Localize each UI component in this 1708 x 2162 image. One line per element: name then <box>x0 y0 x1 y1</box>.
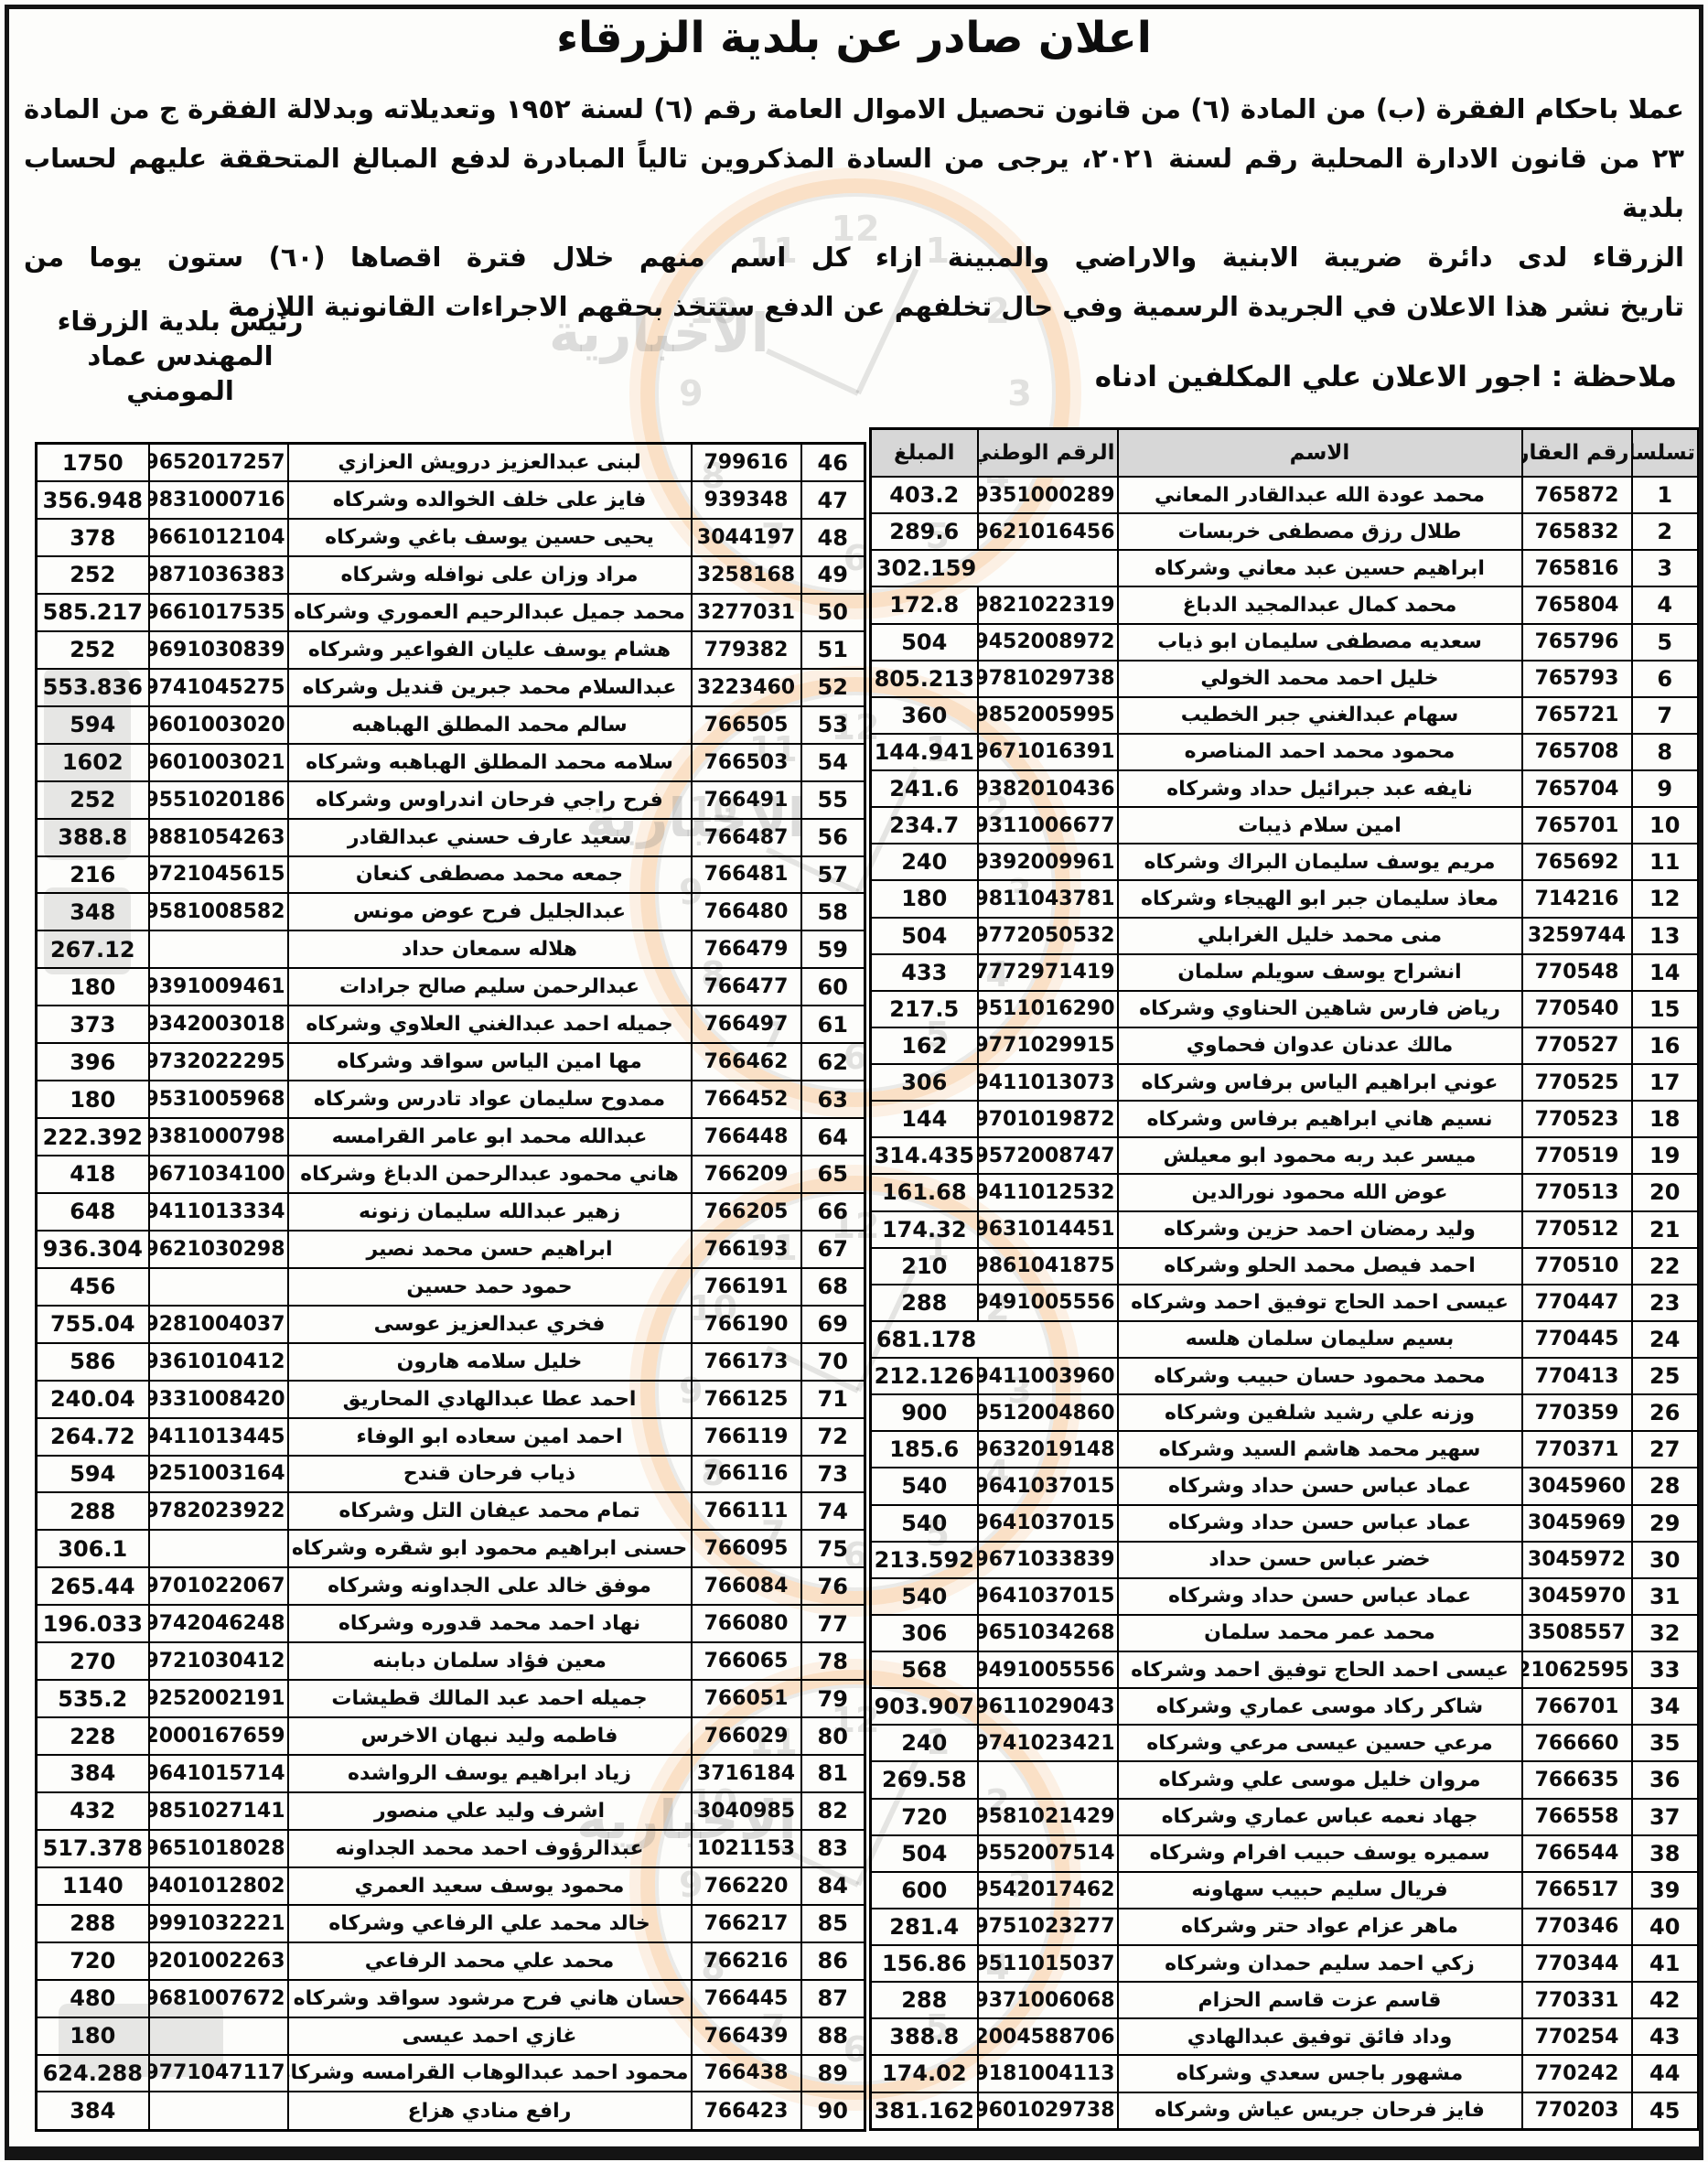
cell-name: مروان خليل موسى علي وشركاه <box>1118 1761 1522 1798</box>
cell-national: 9551020186 <box>149 781 288 819</box>
cell-property: 766701 <box>1522 1688 1632 1725</box>
cell-property: 766491 <box>692 781 801 819</box>
cell-national: 9361010412 <box>149 1343 288 1381</box>
cell-property: 766217 <box>692 1905 801 1942</box>
table-row: 2765832طلال رزق مصطفى خربسات962101645628… <box>871 513 1699 550</box>
cell-serial: 84 <box>801 1867 865 1905</box>
cell-national: 9201002263 <box>149 1942 288 1980</box>
cell-name: خليل احمد محمد الخولي <box>1118 661 1522 697</box>
cell-name: هاني محمود عبدالرحمن الدباغ وشركاه <box>288 1156 692 1193</box>
cell-name: عيسى احمد الحاج توفيق احمد وشركاه <box>1118 1285 1522 1321</box>
table-row: 16770527مالك عدنان عدوان فحماوي977102991… <box>871 1027 1699 1064</box>
cell-property: 765816 <box>1522 550 1632 586</box>
cell-name: هشام يوسف عليان الفواعير وشركاه <box>288 631 692 669</box>
cell-serial: 26 <box>1632 1394 1699 1431</box>
cell-national: 9411003960 <box>978 1358 1118 1394</box>
cell-national: 9491005556 <box>978 1651 1118 1688</box>
cell-national: 2004588706 <box>978 2018 1118 2055</box>
cell-serial: 67 <box>801 1231 865 1268</box>
signature-block: رئيس بلدية الزرقاء المهندس عماد المومني <box>38 304 322 408</box>
cell-national: 9491005556 <box>978 1285 1118 1321</box>
table-row: 78766065معين فؤاد سلمان دبابنه9721030412… <box>37 1642 865 1680</box>
cell-serial: 75 <box>801 1530 865 1567</box>
table-row: 47939348فايز على خلف الخوالده وشركاه9831… <box>37 481 865 519</box>
cell-serial: 19 <box>1632 1137 1699 1174</box>
cell-serial: 46 <box>801 444 865 482</box>
cell-name: محمد كمال عبدالمجيد الدباغ <box>1118 586 1522 623</box>
table-row: 43770254وداد فائق توفيق عبدالهادي2004588… <box>871 2018 1699 2055</box>
cell-property: 766193 <box>692 1231 801 1268</box>
cell-amount: 388.8 <box>37 819 149 856</box>
cell-serial: 86 <box>801 1942 865 1980</box>
cell-name: ابراهيم حسن محمد نصير <box>288 1231 692 1268</box>
table-row: 293045969عماد عباس حسن حداد وشركاه964103… <box>871 1505 1699 1542</box>
cell-serial: 88 <box>801 2017 865 2055</box>
cell-amount: 196.033 <box>37 1605 149 1642</box>
cell-name: محمود محمد احمد المناصره <box>1118 734 1522 770</box>
cell-name: غازي احمد عيسى <box>288 2017 692 2055</box>
cell-property: 770371 <box>1522 1431 1632 1468</box>
cell-property: 766544 <box>1522 1835 1632 1872</box>
cell-national: 9542017462 <box>978 1872 1118 1909</box>
cell-property: 3223460 <box>692 669 801 706</box>
cell-amount: 356.948 <box>37 481 149 519</box>
cell-national <box>149 1530 288 1567</box>
cell-serial: 72 <box>801 1418 865 1456</box>
cell-national: 9511016290 <box>978 991 1118 1027</box>
table-row: 8765708محمود محمد احمد المناصره967101639… <box>871 734 1699 770</box>
cell-amount: 1602 <box>37 744 149 781</box>
cell-name: هلاله سمعان حداد <box>288 930 692 968</box>
cell-serial: 18 <box>1632 1101 1699 1137</box>
cell-name: مراد وزان على نوافله وشركاه <box>288 556 692 594</box>
cell-name: وداد فائق توفيق عبدالهادي <box>1118 2018 1522 2055</box>
cell-property: 766480 <box>692 893 801 930</box>
cell-national: 9641037015 <box>978 1505 1118 1542</box>
cell-amount: 936.304 <box>37 1231 149 1268</box>
table-row: 35766660مرعي حسين عيسى مرعي وشركاه974102… <box>871 1725 1699 1761</box>
table-row: 60766477عبدالرحمن سليم صالح جرادات939100… <box>37 968 865 1006</box>
cell-serial: 83 <box>801 1830 865 1867</box>
cell-name: مشهور باجس سعدي وشركاه <box>1118 2055 1522 2092</box>
cell-name: يحيى حسين يوسف باغي وشركاه <box>288 519 692 556</box>
cell-serial: 32 <box>1632 1615 1699 1651</box>
cell-property: 765704 <box>1522 770 1632 807</box>
cell-national: 9381000798 <box>149 1118 288 1156</box>
table-row: 57766481جمعه محمد مصطفى كنعان97210456152… <box>37 856 865 894</box>
cell-property: 3045972 <box>1522 1542 1632 1578</box>
cell-property: 765708 <box>1522 734 1632 770</box>
cell-serial: 2 <box>1632 513 1699 550</box>
table-row: 46799616لبنى عبدالعزيز درويش العزازي9652… <box>37 444 865 482</box>
cell-name: سعيد عارف حسني عبدالقادر <box>288 819 692 856</box>
cell-serial: 35 <box>1632 1725 1699 1761</box>
cell-serial: 60 <box>801 968 865 1006</box>
table-row: 84766220محمود يوسف سعيد العمري9401012802… <box>37 1867 865 1905</box>
table-row: 283045960عماد عباس حسن حداد وشركاه964103… <box>871 1468 1699 1504</box>
cell-serial: 31 <box>1632 1578 1699 1615</box>
cell-name: زهير عبدالله سليمان زنونه <box>288 1193 692 1231</box>
signature-title: رئيس بلدية الزرقاء <box>38 304 322 339</box>
cell-property: 770413 <box>1522 1358 1632 1394</box>
cell-name: نسيم هاني ابراهيم برفاس وشركاه <box>1118 1101 1522 1137</box>
cell-serial: 21 <box>1632 1211 1699 1248</box>
cell-property: 770447 <box>1522 1285 1632 1321</box>
table-row: 76766084موفق خالد على الجداونه وشركاه970… <box>37 1567 865 1605</box>
cell-property: 765872 <box>1522 477 1632 513</box>
cell-property: 3045969 <box>1522 1505 1632 1542</box>
table-row: 12714216معاذ سليمان جبر ابو الهيجاء وشرك… <box>871 880 1699 917</box>
cell-amount: 212.126 <box>871 1358 978 1394</box>
table-row: 40770346ماهر عزام عواد حتر وشركاه9751023… <box>871 1909 1699 1945</box>
cell-amount: 540 <box>871 1468 978 1504</box>
cell-serial: 10 <box>1632 807 1699 844</box>
table-row: 831021153عبدالرؤوف احمد محمد الجداونه965… <box>37 1830 865 1867</box>
cell-serial: 54 <box>801 744 865 781</box>
cell-property: 766635 <box>1522 1761 1632 1798</box>
cell-name: عماد عباس حسن حداد وشركاه <box>1118 1578 1522 1615</box>
cell-national: 9651034268 <box>978 1615 1118 1651</box>
cell-national: 9641037015 <box>978 1468 1118 1504</box>
cell-name: موفق خالد على الجداونه وشركاه <box>288 1567 692 1605</box>
cell-serial: 16 <box>1632 1027 1699 1064</box>
cell-name: فايز على خلف الخوالده وشركاه <box>288 481 692 519</box>
cell-name: محمد جميل عبدالرحيم العموري وشركاه <box>288 594 692 631</box>
table-row: 75766095حسنى ابراهيم محمود ابو شقره وشرك… <box>37 1530 865 1567</box>
cell-serial: 5 <box>1632 624 1699 661</box>
cell-name: لبنى عبدالعزيز درويش العزازي <box>288 444 692 482</box>
cell-name: زياد ابراهيم يوسف الرواشده <box>288 1755 692 1792</box>
cell-national: 9671033839 <box>978 1542 1118 1578</box>
cell-name: احمد عطا عبدالهادي المحاريق <box>288 1381 692 1418</box>
cell-serial: 7 <box>1632 697 1699 734</box>
cell-name: عوني ابراهيم الياس برفاس وشركاه <box>1118 1064 1522 1101</box>
cell-name: عماد عباس حسن حداد وشركاه <box>1118 1468 1522 1504</box>
cell-national <box>149 2092 288 2130</box>
table-row: 10765701امين سلام ذيبات9311006677234.7 <box>871 807 1699 844</box>
cell-name: بسيم سليمان سلمان هلسه <box>1118 1321 1522 1358</box>
cell-amount: 432 <box>37 1792 149 1830</box>
cell-name: عماد عباس حسن حداد وشركاه <box>1118 1505 1522 1542</box>
cell-name: فايز فرحان جريس عياش وشركاه <box>1118 2092 1522 2130</box>
cell-property: 766505 <box>692 706 801 744</box>
cell-national: 9181004113 <box>978 2055 1118 2092</box>
cell-property: 770203 <box>1522 2092 1632 2130</box>
table-row: 74766111تمام محمد عيفان التل وشركاه97820… <box>37 1492 865 1530</box>
cell-amount: 384 <box>37 1755 149 1792</box>
cell-name: سعديه مصطفى سليمان ابو ذياب <box>1118 624 1522 661</box>
cell-name: محمد عودة الله عبدالقادر المعاني <box>1118 477 1522 513</box>
cell-name: قاسم عزت قاسم الحزام <box>1118 1982 1522 2018</box>
cell-serial: 73 <box>801 1456 865 1493</box>
cell-name: عوض الله محمود نورالدين <box>1118 1174 1522 1210</box>
cell-name: جهاد نعمه عباس عماري وشركاه <box>1118 1799 1522 1835</box>
cell-national: 9392009961 <box>978 844 1118 880</box>
cell-name: امين سلام ذيبات <box>1118 807 1522 844</box>
cell-name: محمد عمر محمد سلمان <box>1118 1615 1522 1651</box>
table-row: 42770331قاسم عزت قاسم الحزام937100606828… <box>871 1982 1699 2018</box>
table-row: 813716184زياد ابراهيم يوسف الرواشده96410… <box>37 1755 865 1792</box>
cell-national: 9452008972 <box>978 624 1118 661</box>
table-row: 36766635مروان خليل موسى علي وشركاه269.58 <box>871 1761 1699 1798</box>
table-row: 71766125احمد عطا عبدالهادي المحاريق93310… <box>37 1381 865 1418</box>
cell-property: 766452 <box>692 1081 801 1118</box>
header-row: تسلسل رقم العقار الاسم الرقم الوطني المب… <box>871 429 1699 478</box>
cell-serial: 23 <box>1632 1285 1699 1321</box>
cell-national: 9671034100 <box>149 1156 288 1193</box>
cell-name: محمود يوسف سعيد العمري <box>288 1867 692 1905</box>
cell-serial: 24 <box>1632 1321 1699 1358</box>
cell-name: زكي احمد سليم حمدان وشركاه <box>1118 1945 1522 1982</box>
table-row: 70766173خليل سلامه هارون9361010412586 <box>37 1343 865 1381</box>
cell-name: وليد رمضان احمد حزين وشركاه <box>1118 1211 1522 1248</box>
table-row: 44770242مشهور باجس سعدي وشركاه9181004113… <box>871 2055 1699 2092</box>
cell-national: 2000167659 <box>149 1717 288 1755</box>
cell-name: فاطمه وليد نبهان الاخرس <box>288 1717 692 1755</box>
cell-serial: 71 <box>801 1381 865 1418</box>
cell-name: احمد امين سعاده ابو الوفاء <box>288 1418 692 1456</box>
cell-serial: 62 <box>801 1043 865 1081</box>
cell-amount: 456 <box>37 1268 149 1306</box>
cell-property: 766191 <box>692 1268 801 1306</box>
cell-national: 9281004037 <box>149 1306 288 1343</box>
cell-national: 9701019872 <box>978 1101 1118 1137</box>
cell-national: 9991032221 <box>149 1905 288 1942</box>
cell-property: 799616 <box>692 444 801 482</box>
cell-amount: 903.907 <box>871 1688 978 1725</box>
cell-national: 9512004860 <box>978 1394 1118 1431</box>
cell-property: 766125 <box>692 1381 801 1418</box>
cell-name: سميره يوسف حبيب افرام وشركاه <box>1118 1835 1522 1872</box>
cell-amount: 504 <box>871 624 978 661</box>
header-serial: تسلسل <box>1632 429 1699 478</box>
cell-serial: 8 <box>1632 734 1699 770</box>
cell-serial: 61 <box>801 1006 865 1043</box>
cell-name: عيسى احمد الحاج توفيق احمد وشركاه <box>1118 1651 1522 1688</box>
table-row: 72766119احمد امين سعاده ابو الوفاء941101… <box>37 1418 865 1456</box>
cell-national: 9641015714 <box>149 1755 288 1792</box>
table-row: 5765796سعديه مصطفى سليمان ابو ذياب945200… <box>871 624 1699 661</box>
cell-amount: 234.7 <box>871 807 978 844</box>
cell-property: 770346 <box>1522 1909 1632 1945</box>
clock-numeral: 3 <box>1007 373 1031 414</box>
cell-property: 770445 <box>1522 1321 1632 1358</box>
body-line: ٢٣ من قانون الادارة المحلية رقم لسنة ٢٠٢… <box>24 134 1684 232</box>
cell-serial: 74 <box>801 1492 865 1530</box>
cell-amount: 180 <box>37 2017 149 2055</box>
cell-serial: 45 <box>1632 2092 1699 2130</box>
cell-national: 9641037015 <box>978 1578 1118 1615</box>
table-row: 14770548انشراح يوسف سويلم سلمان777297141… <box>871 954 1699 991</box>
cell-name: محمد علي محمد الرفاعي <box>288 1942 692 1980</box>
cell-national: 9852005995 <box>978 697 1118 734</box>
cell-amount: 600 <box>871 1872 978 1909</box>
cell-amount: 381.162 <box>871 2092 978 2130</box>
cell-property: 21062595 <box>1522 1651 1632 1688</box>
cell-serial: 59 <box>801 930 865 968</box>
cell-serial: 4 <box>1632 586 1699 623</box>
body-line: الزرقاء لدى دائرة ضريبة الابنية والاراضي… <box>24 232 1684 282</box>
table-row: 41770344زكي احمد سليم حمدان وشركاه951101… <box>871 1945 1699 1982</box>
cell-amount: 213.592 <box>871 1542 978 1578</box>
cell-amount: 1750 <box>37 444 149 482</box>
cell-property: 766051 <box>692 1680 801 1717</box>
cell-amount: 504 <box>871 918 978 954</box>
cell-serial: 50 <box>801 594 865 631</box>
cell-serial: 69 <box>801 1306 865 1343</box>
table-row: 22770510احمد فيصل محمد الحلو وشركاه98610… <box>871 1248 1699 1285</box>
cell-serial: 33 <box>1632 1651 1699 1688</box>
cell-property: 766116 <box>692 1456 801 1493</box>
cell-amount: 180 <box>871 880 978 917</box>
cell-national: 9531005968 <box>149 1081 288 1118</box>
cell-amount: 594 <box>37 706 149 744</box>
cell-national: 9631014451 <box>978 1211 1118 1248</box>
cell-national: 9252002191 <box>149 1680 288 1717</box>
cell-amount: 585.217 <box>37 594 149 631</box>
cell-serial: 68 <box>801 1268 865 1306</box>
cell-amount: 156.86 <box>871 1945 978 1982</box>
cell-property: 770359 <box>1522 1394 1632 1431</box>
table-row: 65766209هاني محمود عبدالرحمن الدباغ وشرك… <box>37 1156 865 1193</box>
cell-property: 766479 <box>692 930 801 968</box>
cell-national: 9811043781 <box>978 880 1118 917</box>
cell-serial: 14 <box>1632 954 1699 991</box>
clock-numeral: 9 <box>679 373 703 414</box>
cell-national: 9681007672 <box>149 1980 288 2017</box>
cell-amount: 306 <box>871 1064 978 1101</box>
table-row: 24770445بسيم سليمان سلمان هلسه681.178 <box>871 1321 1699 1358</box>
cell-amount: 288 <box>871 1285 978 1321</box>
table-row: 26770359وزنه علي رشيد شلفين وشركاه951200… <box>871 1394 1699 1431</box>
cell-serial: 52 <box>801 669 865 706</box>
cell-national: 9881054263 <box>149 819 288 856</box>
cell-amount: 252 <box>37 781 149 819</box>
table-row: 69766190فخري عبدالعزيز عوسى9281004037755… <box>37 1306 865 1343</box>
table-row: 85766217خالد محمد علي الرفاعي وشركاه9991… <box>37 1905 865 1942</box>
cell-national <box>149 930 288 968</box>
cell-name: فريال سليم حبيب سهاونه <box>1118 1872 1522 1909</box>
cell-amount: 384 <box>37 2092 149 2130</box>
cell-national: 9831000716 <box>149 481 288 519</box>
cell-name: عبدالرؤوف احمد محمد الجداونه <box>288 1830 692 1867</box>
cell-serial: 40 <box>1632 1909 1699 1945</box>
cell-national: 9772050532 <box>978 918 1118 954</box>
cell-serial: 82 <box>801 1792 865 1830</box>
cell-property: 770242 <box>1522 2055 1632 2092</box>
table-row: 37766558جهاد نعمه عباس عماري وشركاه95810… <box>871 1799 1699 1835</box>
cell-serial: 85 <box>801 1905 865 1942</box>
cell-amount: 281.4 <box>871 1909 978 1945</box>
cell-amount: 216 <box>37 856 149 894</box>
cell-name: ابراهيم حسين عبد معاني وشركاه <box>1118 550 1522 586</box>
cell-national: 9382010436 <box>978 770 1118 807</box>
cell-amount: 270 <box>37 1642 149 1680</box>
cell-national: 9311006677 <box>978 807 1118 844</box>
cell-property: 3045970 <box>1522 1578 1632 1615</box>
cell-serial: 22 <box>1632 1248 1699 1285</box>
cell-serial: 55 <box>801 781 865 819</box>
cell-name: وزنه علي رشيد شلفين وشركاه <box>1118 1394 1522 1431</box>
cell-name: رافع منادي هزاع <box>288 2092 692 2130</box>
fees-note: ملاحظة : اجور الاعلان علي المكلفين ادناه <box>1095 360 1677 393</box>
cell-serial: 63 <box>801 1081 865 1118</box>
cell-national: 9741045275 <box>149 669 288 706</box>
table-row: 523223460عبدالسلام محمد جبرين قنديل وشرك… <box>37 669 865 706</box>
cell-amount: 1140 <box>37 1867 149 1905</box>
table-row: 89766438محمود احمد عبدالوهاب القرامسه وش… <box>37 2055 865 2092</box>
cell-national: 9651018028 <box>149 1830 288 1867</box>
cell-property: 770519 <box>1522 1137 1632 1174</box>
table-row: 483044197يحيى حسين يوسف باغي وشركاه96610… <box>37 519 865 556</box>
cell-name: ماهر عزام عواد حتر وشركاه <box>1118 1909 1522 1945</box>
table-row: 17770525عوني ابراهيم الياس برفاس وشركاه9… <box>871 1064 1699 1101</box>
cell-serial: 47 <box>801 481 865 519</box>
cell-amount: 535.2 <box>37 1680 149 1717</box>
cell-amount: 805.213 <box>871 661 978 697</box>
cell-amount: 648 <box>37 1193 149 1231</box>
cell-name: احمد فيصل محمد الحلو وشركاه <box>1118 1248 1522 1285</box>
cell-amount: 174.32 <box>871 1211 978 1248</box>
table-row: 88766439غازي احمد عيسى180 <box>37 2017 865 2055</box>
cell-serial: 49 <box>801 556 865 594</box>
cell-national: 9771047117 <box>149 2055 288 2092</box>
cell-property: 3040985 <box>692 1792 801 1830</box>
cell-property: 770525 <box>1522 1064 1632 1101</box>
cell-amount: 681.178 <box>871 1321 1118 1358</box>
cell-serial: 70 <box>801 1343 865 1381</box>
cell-property: 770527 <box>1522 1027 1632 1064</box>
table-row: 303045972خضر عباس حسن حداد9671033839213.… <box>871 1542 1699 1578</box>
cell-amount: 241.6 <box>871 770 978 807</box>
table-row: 56766487سعيد عارف حسني عبدالقادر98810542… <box>37 819 865 856</box>
table-row: 23770447عيسى احمد الحاج توفيق احمد وشركا… <box>871 1285 1699 1321</box>
cell-name: حمود حمد حسين <box>288 1268 692 1306</box>
cell-name: خليل سلامه هارون <box>288 1343 692 1381</box>
cell-national: 9601003020 <box>149 706 288 744</box>
table-row: 59766479هلاله سمعان حداد267.12 <box>37 930 865 968</box>
cell-property: 765721 <box>1522 697 1632 734</box>
cell-national: 9732022295 <box>149 1043 288 1081</box>
cell-serial: 38 <box>1632 1835 1699 1872</box>
cell-serial: 29 <box>1632 1505 1699 1542</box>
cell-property: 770512 <box>1522 1211 1632 1248</box>
cell-serial: 1 <box>1632 477 1699 513</box>
cell-property: 3044197 <box>692 519 801 556</box>
cell-property: 3259744 <box>1522 918 1632 954</box>
cell-property: 766173 <box>692 1343 801 1381</box>
table-row: 27770371سهير محمد هاشم السيد وشركاه96320… <box>871 1431 1699 1468</box>
cell-name: فرح راجي فرحان اندراوس وشركاه <box>288 781 692 819</box>
cell-property: 766209 <box>692 1156 801 1193</box>
cell-serial: 30 <box>1632 1542 1699 1578</box>
cell-national: 9411013334 <box>149 1193 288 1231</box>
cell-property: 765793 <box>1522 661 1632 697</box>
cell-amount: 302.159 <box>871 550 1118 586</box>
cell-amount: 185.6 <box>871 1431 978 1468</box>
cell-amount: 388.8 <box>871 2018 978 2055</box>
cell-property: 765832 <box>1522 513 1632 550</box>
cell-property: 766084 <box>692 1567 801 1605</box>
cell-amount: 360 <box>871 697 978 734</box>
cell-property: 939348 <box>692 481 801 519</box>
cell-name: رياض فارس شاهين الحناوي وشركاه <box>1118 991 1522 1027</box>
cell-amount: 373 <box>37 1006 149 1043</box>
cell-name: مريم يوسف سليمان البراك وشركاه <box>1118 844 1522 880</box>
cell-property: 770523 <box>1522 1101 1632 1137</box>
cell-property: 3716184 <box>692 1755 801 1792</box>
table-row: 19770519ميسر عبد ربه محمود ابو معيلش9572… <box>871 1137 1699 1174</box>
